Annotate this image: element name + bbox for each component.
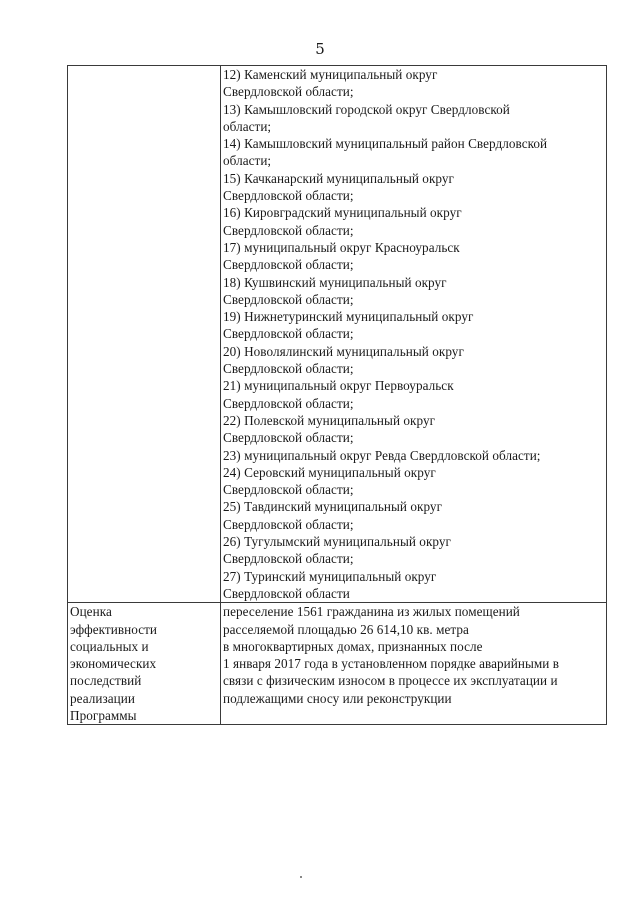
- text-line: 17) муниципальный округ Красноуральск: [223, 239, 606, 256]
- table-row-municipalities: 12) Каменский муниципальный округСвердло…: [68, 66, 607, 603]
- text-line: 19) Нижнетуринский муниципальный округ: [223, 308, 606, 325]
- text-line: подлежащими сносу или реконструкции: [223, 690, 606, 707]
- text-line: реализации: [70, 690, 220, 707]
- text-line: Свердловской области;: [223, 429, 606, 446]
- text-line: 13) Камышловский городской округ Свердло…: [223, 101, 606, 118]
- text-line: области;: [223, 152, 606, 169]
- text-line: Свердловской области;: [223, 325, 606, 342]
- text-line: 24) Серовский муниципальный округ: [223, 464, 606, 481]
- text-line: расселяемой площадью 26 614,10 кв. метра: [223, 621, 606, 638]
- text-line: Свердловской области: [223, 585, 606, 602]
- text-line: 25) Тавдинский муниципальный округ: [223, 498, 606, 515]
- text-line: Свердловской области;: [223, 256, 606, 273]
- text-line: области;: [223, 118, 606, 135]
- effectiveness-label-cell: Оценкаэффективностисоциальных иэкономиче…: [68, 603, 221, 725]
- text-line: последствий: [70, 672, 220, 689]
- text-line: 27) Туринский муниципальный округ: [223, 568, 606, 585]
- text-line: Свердловской области;: [223, 395, 606, 412]
- text-line: 18) Кушвинский муниципальный округ: [223, 274, 606, 291]
- text-line: переселение 1561 гражданина из жилых пом…: [223, 603, 606, 620]
- scan-artifact-dot: [300, 876, 302, 878]
- text-line: Свердловской области;: [223, 481, 606, 498]
- text-line: связи с физическим износом в процессе их…: [223, 672, 606, 689]
- text-line: 12) Каменский муниципальный округ: [223, 66, 606, 83]
- text-line: Программы: [70, 707, 220, 724]
- text-line: Оценка: [70, 603, 220, 620]
- text-line: 15) Качканарский муниципальный округ: [223, 170, 606, 187]
- text-line: эффективности: [70, 621, 220, 638]
- text-line: Свердловской области;: [223, 550, 606, 567]
- text-line: 26) Тугулымский муниципальный округ: [223, 533, 606, 550]
- municipalities-list-cell: 12) Каменский муниципальный округСвердло…: [221, 66, 607, 603]
- page-number: 5: [0, 40, 640, 58]
- text-line: 16) Кировградский муниципальный округ: [223, 204, 606, 221]
- text-line: Свердловской области;: [223, 83, 606, 100]
- text-line: 22) Полевской муниципальный округ: [223, 412, 606, 429]
- effectiveness-content-cell: переселение 1561 гражданина из жилых пом…: [221, 603, 607, 725]
- text-line: Свердловской области;: [223, 187, 606, 204]
- table-row-effectiveness: Оценкаэффективностисоциальных иэкономиче…: [68, 603, 607, 725]
- text-line: экономических: [70, 655, 220, 672]
- text-line: 20) Новолялинский муниципальный округ: [223, 343, 606, 360]
- text-line: 1 января 2017 года в установленном поряд…: [223, 655, 606, 672]
- text-line: Свердловской области;: [223, 360, 606, 377]
- text-line: 23) муниципальный округ Ревда Свердловск…: [223, 447, 606, 464]
- text-line: Свердловской области;: [223, 222, 606, 239]
- program-passport-table: 12) Каменский муниципальный округСвердло…: [67, 65, 607, 725]
- text-line: 21) муниципальный округ Первоуральск: [223, 377, 606, 394]
- text-line: Свердловской области;: [223, 516, 606, 533]
- text-line: 14) Камышловский муниципальный район Све…: [223, 135, 606, 152]
- row-label-cell: [68, 66, 221, 603]
- text-line: в многоквартирных домах, признанных посл…: [223, 638, 606, 655]
- text-line: социальных и: [70, 638, 220, 655]
- text-line: Свердловской области;: [223, 291, 606, 308]
